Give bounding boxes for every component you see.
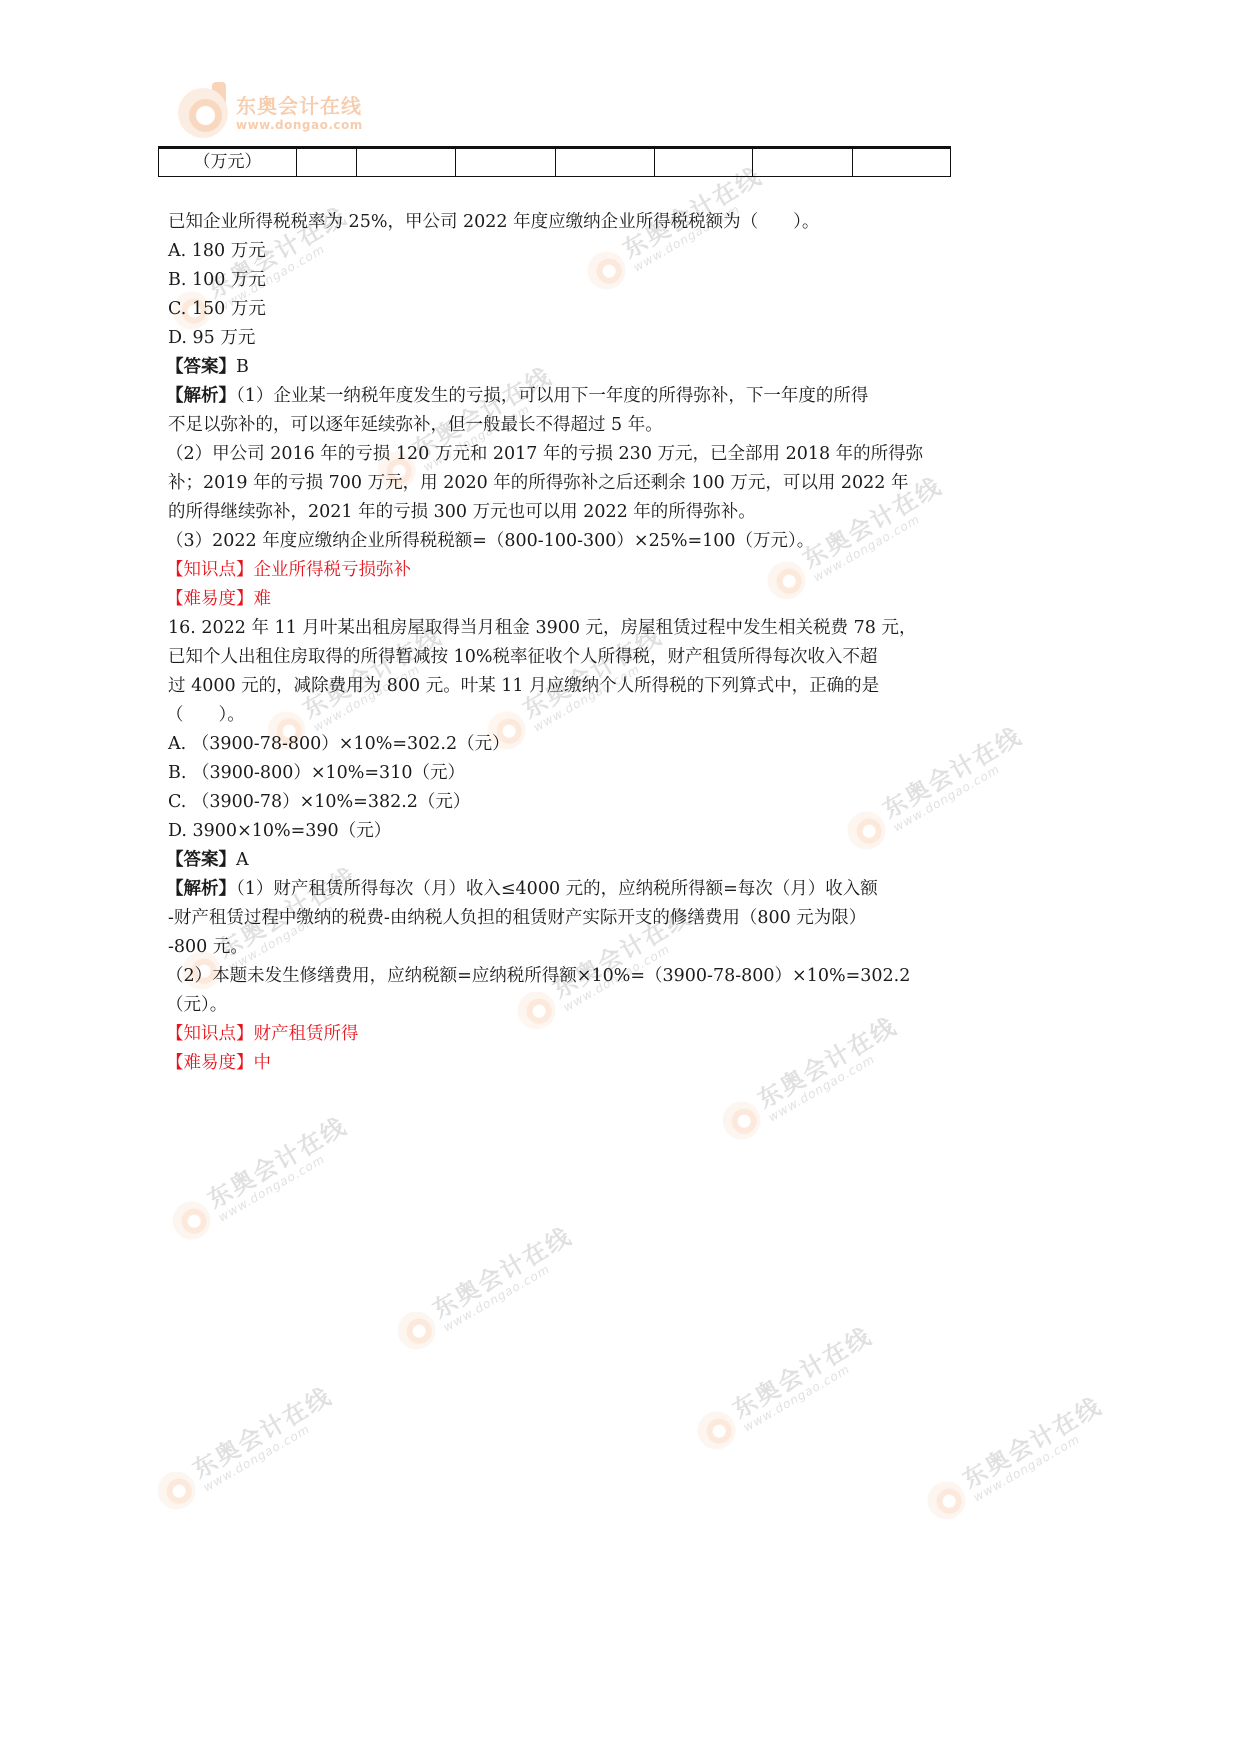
difficulty-value: 难 <box>254 589 272 609</box>
watermark: 东奥会计在线www.dongao.com <box>920 1393 1113 1527</box>
logo-url: www.dongao.com <box>236 118 363 132</box>
q15-knowledge-point: 【知识点】企业所得税亏损弥补 <box>166 559 411 581</box>
watermark: 东奥会计在线www.dongao.com <box>840 723 1033 857</box>
q15-answer: 【答案】B <box>166 356 249 378</box>
q15-analysis-line: （2）甲公司 2016 年的亏损 120 万元和 2017 年的亏损 230 万… <box>166 443 923 465</box>
analysis-label: 【解析】 <box>166 879 236 899</box>
q15-option-b: B. 100 万元 <box>168 269 266 291</box>
q16-option-b: B. （3900-800）×10%=310（元） <box>168 762 465 784</box>
analysis-label: 【解析】 <box>166 386 236 406</box>
q16-analysis-line: -财产租赁过程中缴纳的税费-由纳税人负担的租赁财产实际开支的修缮费用（800 元… <box>168 907 866 929</box>
table-cell-empty <box>655 149 753 176</box>
watermark: 东奥会计在线www.dongao.com <box>690 1323 883 1457</box>
q16-option-a: A. （3900-78-800）×10%=302.2（元） <box>168 733 510 755</box>
answer-value: A <box>236 850 249 870</box>
q16-analysis-line: （2）本题未发生修缮费用，应纳税额=应纳税所得额×10%=（3900-78-80… <box>166 965 910 987</box>
knowledge-label: 【知识点】 <box>166 1024 254 1044</box>
table-cell-empty <box>753 149 853 176</box>
q16-analysis-line: 【解析】（1）财产租赁所得每次（月）收入≤4000 元的，应纳税所得额=每次（月… <box>166 878 878 900</box>
q16-stem-line: 16. 2022 年 11 月叶某出租房屋取得当月租金 3900 元，房屋租赁过… <box>168 617 916 639</box>
watermark: 东奥会计在线www.dongao.com <box>390 1223 583 1357</box>
table-cell-empty <box>297 149 357 176</box>
logo-title: 东奥会计在线 <box>236 90 362 119</box>
watermark: 东奥会计在线www.dongao.com <box>165 1113 358 1247</box>
answer-value: B <box>236 357 249 377</box>
table-cell-empty <box>853 149 951 176</box>
watermark: 东奥会计在线www.dongao.com <box>715 1013 908 1147</box>
q15-analysis-line: （3）2022 年度应缴纳企业所得税税额=（800-100-300）×25%=1… <box>166 530 814 552</box>
q16-option-c: C. （3900-78）×10%=382.2（元） <box>168 791 470 813</box>
q16-difficulty: 【难易度】中 <box>166 1052 271 1074</box>
q16-stem-line: 已知个人出租住房取得的所得暂减按 10%税率征收个人所得税，财产租赁所得每次收入… <box>168 646 877 668</box>
q15-option-a: A. 180 万元 <box>168 240 266 262</box>
knowledge-label: 【知识点】 <box>166 560 254 580</box>
logo-mark-icon <box>178 88 228 138</box>
q16-knowledge-point: 【知识点】财产租赁所得 <box>166 1023 359 1045</box>
q16-analysis-line: （元）。 <box>166 994 227 1016</box>
q15-analysis-line: 补；2019 年的亏损 700 万元，用 2020 年的所得弥补之后还剩余 10… <box>168 472 908 494</box>
table-cell-empty <box>456 149 556 176</box>
document-page: 东奥会计在线www.dongao.com 东奥会计在线www.dongao.co… <box>0 0 1240 1753</box>
q15-option-d: D. 95 万元 <box>168 327 255 349</box>
table-cell-unit: （万元） <box>159 149 297 176</box>
q15-option-c: C. 150 万元 <box>168 298 266 320</box>
q15-analysis-line: 不足以弥补的，可以逐年延续弥补，但一般最长不得超过 5 年。 <box>168 414 663 436</box>
knowledge-value: 企业所得税亏损弥补 <box>254 560 412 580</box>
table-cell-empty <box>556 149 655 176</box>
q15-difficulty: 【难易度】难 <box>166 588 271 610</box>
watermark: 东奥会计在线www.dongao.com <box>150 1383 343 1517</box>
knowledge-value: 财产租赁所得 <box>254 1024 359 1044</box>
q15-analysis-line: 的所得继续弥补，2021 年的亏损 300 万元也可以用 2022 年的所得弥补… <box>168 501 756 523</box>
answer-label: 【答案】 <box>166 357 236 377</box>
q16-stem-line: （ ）。 <box>166 704 245 726</box>
table-cell-empty <box>357 149 456 176</box>
difficulty-label: 【难易度】 <box>166 589 254 609</box>
q16-stem-line: 过 4000 元的，减除费用为 800 元。叶某 11 月应缴纳个人所得税的下列… <box>168 675 879 697</box>
q15-stem: 已知企业所得税税率为 25%，甲公司 2022 年度应缴纳企业所得税税额为（ ）… <box>168 211 819 233</box>
table-fragment: （万元） <box>158 146 951 177</box>
q16-analysis-line: -800 元。 <box>168 936 248 958</box>
header-logo: 东奥会计在线 www.dongao.com <box>170 80 390 142</box>
answer-label: 【答案】 <box>166 850 236 870</box>
difficulty-label: 【难易度】 <box>166 1053 254 1073</box>
q16-answer: 【答案】A <box>166 849 249 871</box>
q16-option-d: D. 3900×10%=390（元） <box>168 820 391 842</box>
q15-analysis-line: 【解析】（1）企业某一纳税年度发生的亏损，可以用下一年度的所得弥补，下一年度的所… <box>166 385 868 407</box>
difficulty-value: 中 <box>254 1053 272 1073</box>
